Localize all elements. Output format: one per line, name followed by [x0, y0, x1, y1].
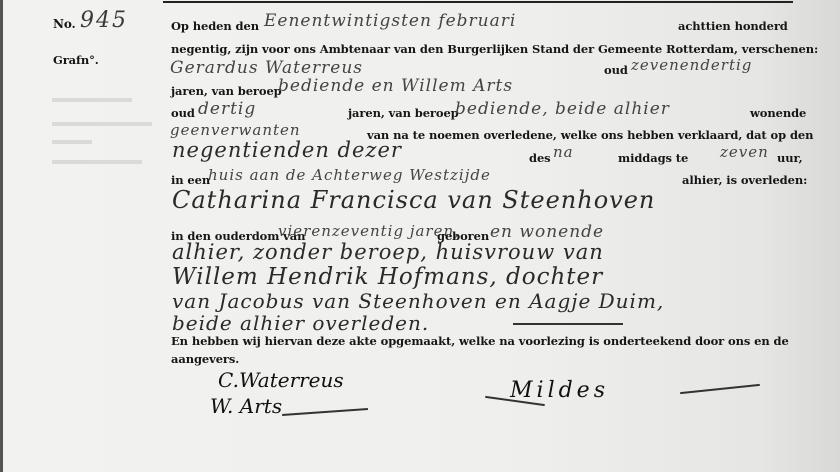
printed-text: negentig, zijn voor ons Ambtenaar van de…: [171, 42, 818, 56]
handwritten-occupation: bediende en Willem Arts: [278, 76, 513, 96]
signature-witness-2: W. Arts: [210, 394, 282, 418]
handwritten-date: Eenentwintigsten februari: [264, 11, 516, 31]
signature-witness-1: C.Waterreus: [218, 368, 344, 392]
handwritten-parents: van Jacobus van Steenhoven en Aagje Duim…: [172, 289, 664, 313]
handwritten-residence: en wonende: [490, 222, 604, 242]
printed-text: jaren, van beroep: [171, 84, 282, 98]
bleed-through-text: [52, 98, 132, 102]
printed-text: middags te: [618, 151, 688, 165]
handwritten-time: na: [553, 143, 574, 161]
printed-text: van na te noemen overledene, welke ons h…: [367, 128, 813, 142]
signature-flourish: [680, 384, 760, 394]
printed-text: Op heden den: [171, 19, 259, 33]
handwritten-location: huis aan de Achterweg Westzijde: [208, 166, 491, 184]
printed-text: alhier, is overleden:: [682, 173, 807, 187]
printed-text: in een: [171, 173, 210, 187]
signature-flourish: [282, 408, 368, 415]
printed-text: En hebben wij hiervan deze akte opgemaak…: [171, 334, 789, 348]
deceased-name: Catharina Francisca van Steenhoven: [172, 186, 655, 214]
signature-official: Mildes: [510, 378, 609, 403]
handwritten-age: vierenzeventig jaren,: [278, 222, 460, 240]
printed-text: aangevers.: [171, 352, 239, 366]
bleed-through-text: [52, 160, 142, 164]
printed-text: uur,: [777, 151, 803, 165]
top-rule: [163, 1, 793, 3]
handwritten-occupation: bediende, beide alhier: [455, 99, 670, 119]
printed-text: achttien honderd: [678, 19, 788, 33]
printed-text: des: [529, 151, 551, 165]
bleed-through-text: [52, 140, 92, 144]
printed-text: oud: [171, 106, 195, 120]
handwritten-witness-1: Gerardus Waterreus: [170, 58, 363, 78]
handwritten-age: zevenendertig: [631, 56, 752, 74]
number-label: No.: [53, 17, 76, 31]
record-number: 945: [80, 8, 128, 33]
closing-stroke: [513, 323, 623, 325]
printed-text: oud: [604, 63, 628, 77]
printed-text: wonende: [750, 106, 806, 120]
handwritten-parents-status: beide alhier overleden.: [172, 311, 429, 335]
handwritten-age: dertig: [198, 99, 256, 119]
handwritten-date: negentienden dezer: [172, 138, 402, 162]
handwritten-relation: geenverwanten: [170, 121, 301, 139]
document-scan: No. 945 Grafn°. Op heden den Eenentwinti…: [0, 0, 840, 472]
bleed-through-text: [52, 122, 152, 126]
page-edge: [0, 0, 3, 472]
handwritten-spouse: Willem Hendrik Hofmans, dochter: [172, 264, 603, 290]
printed-text: jaren, van beroep: [348, 106, 459, 120]
grave-label: Grafn°.: [53, 53, 99, 67]
handwritten-status: alhier, zonder beroep, huisvrouw van: [172, 240, 604, 264]
handwritten-time: zeven: [720, 143, 769, 161]
